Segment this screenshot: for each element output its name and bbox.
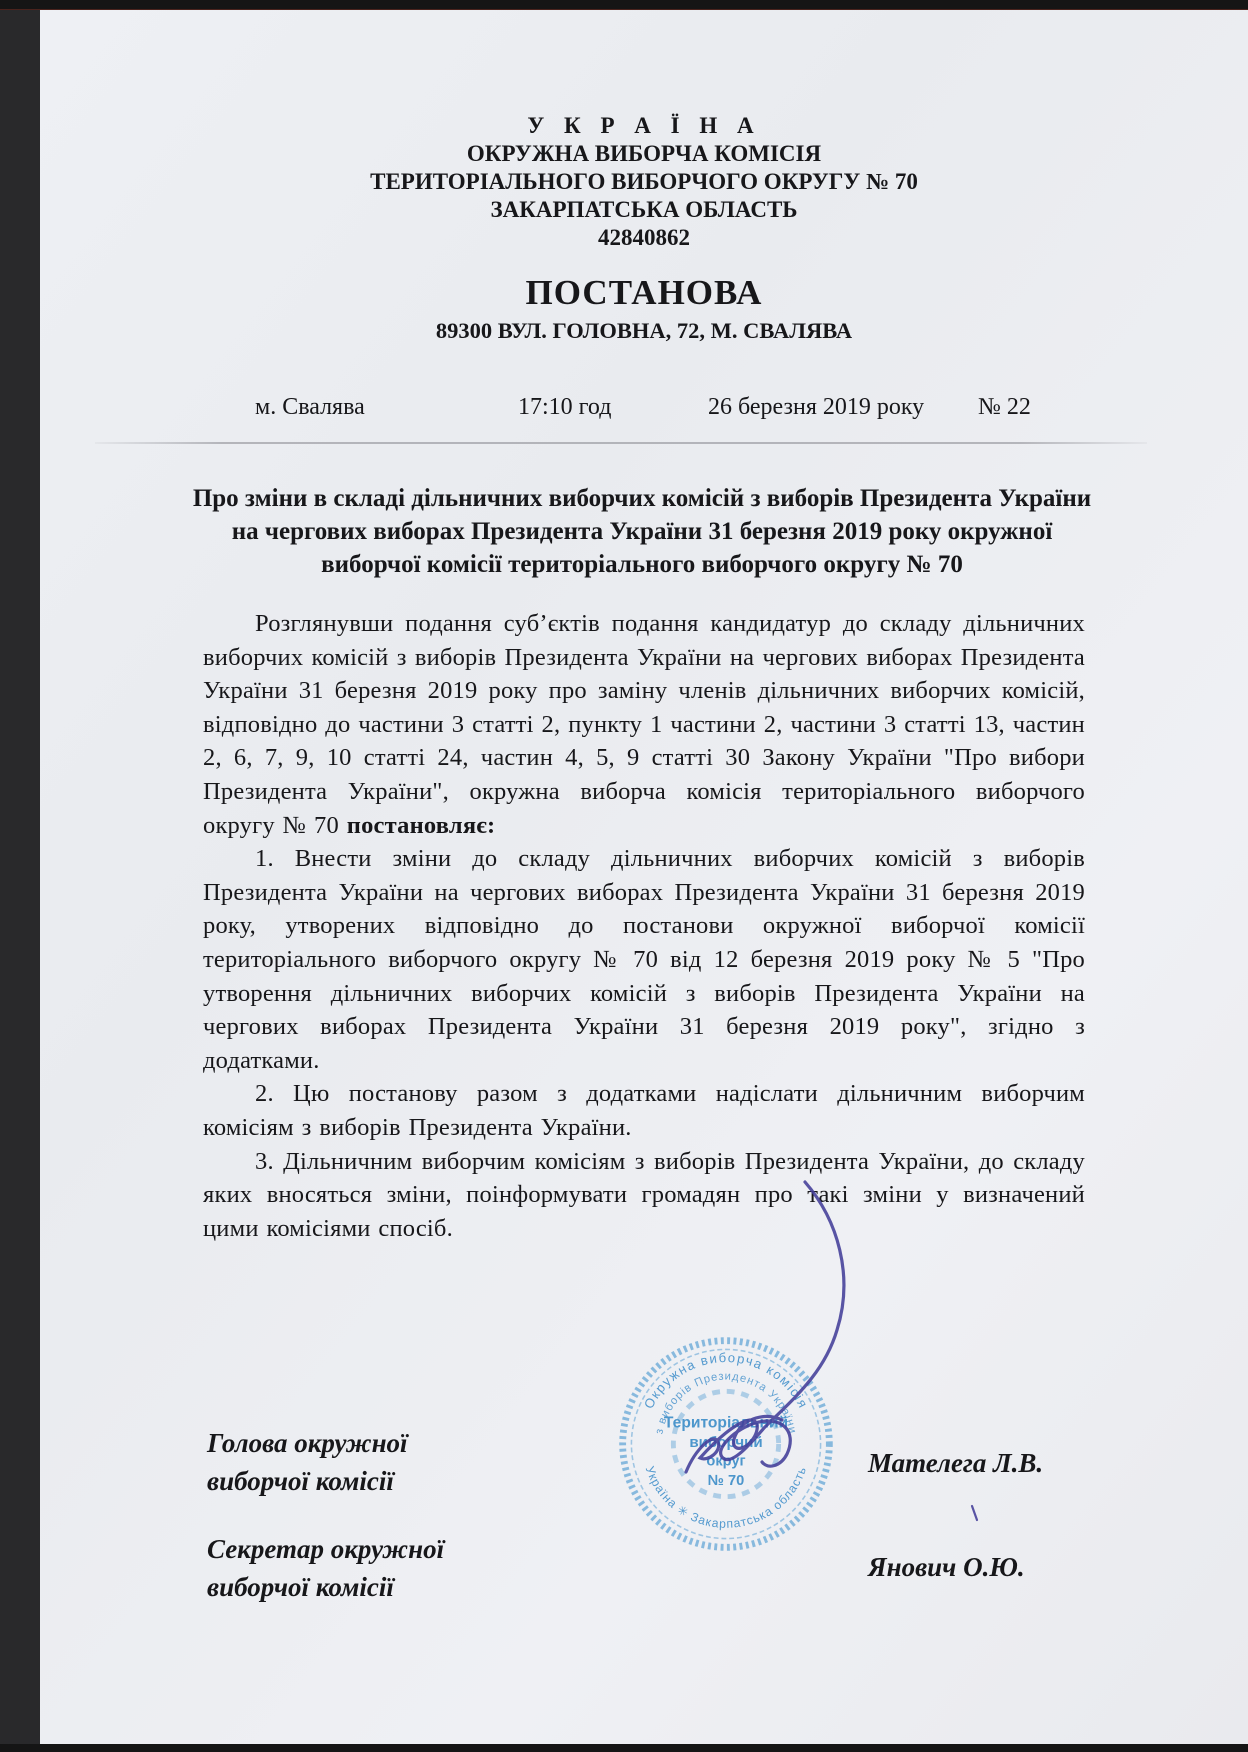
resolves-keyword: постановляє: [347,812,496,839]
edrpou-code: 42840862 [40,224,1248,252]
signature-role-secretary: Секретар окружної виборчої комісії [207,1530,444,1606]
meta-document-number: № 22 [978,394,1031,421]
horizontal-divider [95,442,1147,444]
paragraph-item-2: 2. Цю постанову разом з додатками надісл… [203,1077,1085,1144]
scanned-document-page: У К Р А Ї Н А ОКРУЖНА ВИБОРЧА КОМІСІЯ ТЕ… [0,0,1248,1752]
meta-city: м. Свалява [255,394,365,421]
paragraph-preamble: Розглянувши подання суб’єктів подання ка… [203,607,1085,842]
role-secretary-line2: виборчої комісії [207,1568,444,1606]
signature-pen-tick [972,1506,977,1520]
role-head-line2: виборчої комісії [207,1462,408,1500]
signature-role-head: Голова окружної виборчої комісії [207,1424,408,1500]
paragraph-item-1: 1. Внести зміни до складу дільничних виб… [203,842,1085,1077]
role-secretary-line1: Секретар окружної [207,1530,444,1568]
document-type: ПОСТАНОВА [40,274,1248,312]
preamble-text: Розглянувши подання суб’єктів подання ка… [203,610,1085,839]
signature-name-secretary: Янович О.Ю. [868,1552,1025,1583]
document-title: Про зміни в складі дільничних виборчих к… [192,482,1092,581]
meta-date: 26 березня 2019 року [708,394,924,421]
region-name: ЗАКАРПАТСЬКА ОБЛАСТЬ [40,196,1248,224]
role-head-line1: Голова окружної [207,1424,408,1462]
meta-row: м. Свалява 17:10 год 26 березня 2019 рок… [0,394,1248,428]
document-header: У К Р А Ї Н А ОКРУЖНА ВИБОРЧА КОМІСІЯ ТЕ… [40,112,1248,344]
scan-edge-bottom [0,1744,1248,1752]
country-name: У К Р А Ї Н А [40,112,1248,140]
commission-address: 89300 ВУЛ. ГОЛОВНА, 72, М. СВАЛЯВА [40,318,1248,344]
scan-edge-left [0,0,40,1752]
meta-time: 17:10 год [518,394,611,421]
commission-name-line2: ТЕРИТОРІАЛЬНОГО ВИБОРЧОГО ОКРУГУ № 70 [40,168,1248,196]
scan-edge-top [0,0,1248,10]
document-body: Розглянувши подання суб’єктів подання ка… [203,607,1085,1245]
commission-name-line1: ОКРУЖНА ВИБОРЧА КОМІСІЯ [40,140,1248,168]
signature-name-head: Мателега Л.В. [868,1448,1043,1479]
